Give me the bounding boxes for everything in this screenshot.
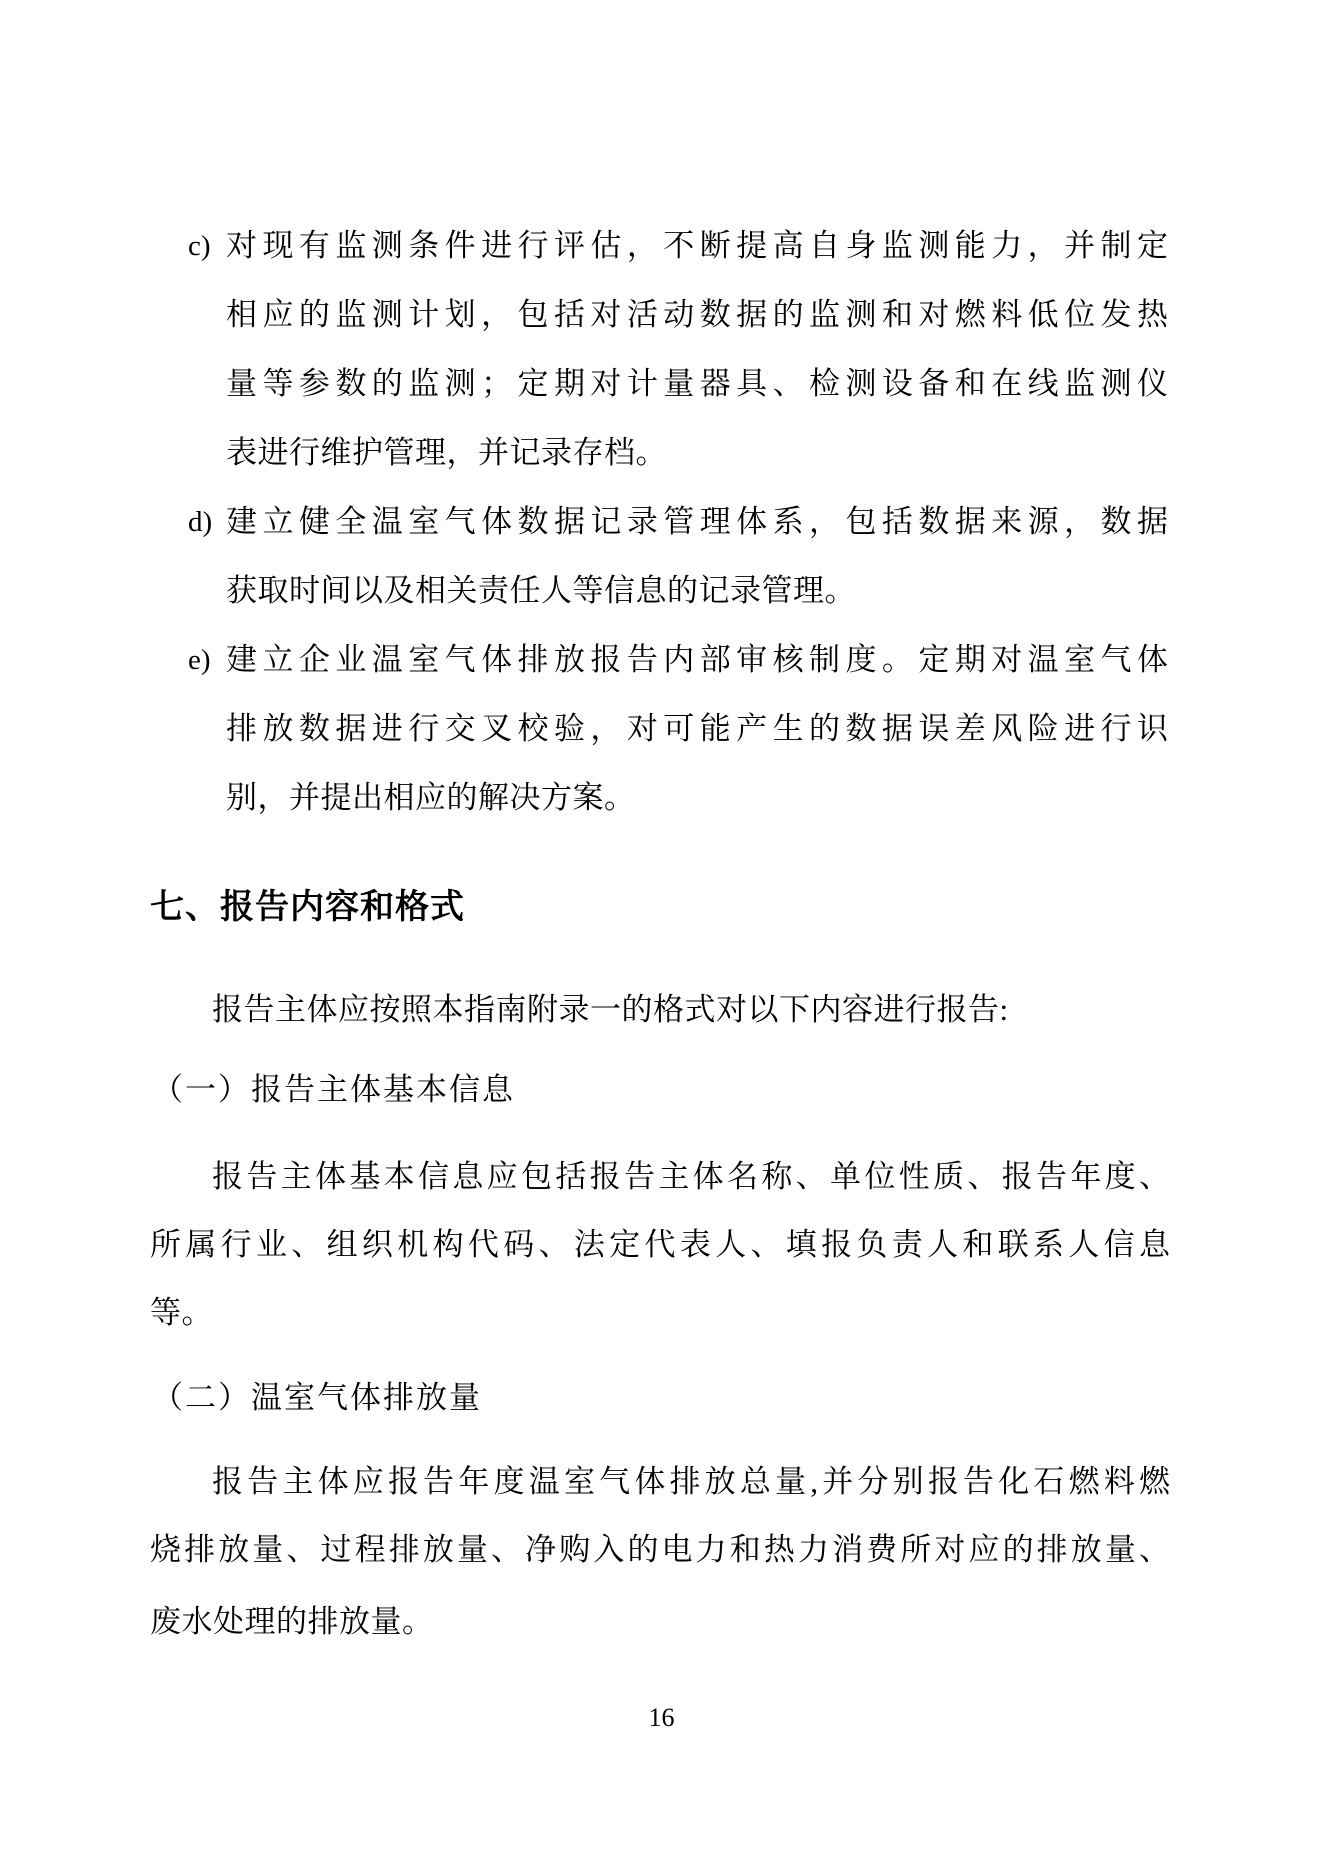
list-marker-c: c) (188, 226, 211, 266)
section-intro: 报告主体应按照本指南附录一的格式对以下内容进行报告: (150, 990, 1170, 1030)
list-item-c-line-3: 量等参数的监测；定期对计量器具、检测设备和在线监测仪 (226, 364, 1168, 404)
list-item-e-line-3: 别，并提出相应的解决方案。 (226, 778, 1168, 818)
subsection-2-heading: （二）温室气体排放量 (152, 1378, 482, 1418)
subsection-1-line-1: 报告主体基本信息应包括报告主体名称、单位性质、报告年度、 (150, 1157, 1170, 1197)
document-page: c) 对现有监测条件进行评估，不断提高自身监测能力，并制定 相应的监测计划，包括… (0, 0, 1323, 1871)
subsection-2-line-2: 烧排放量、过程排放量、净购入的电力和热力消费所对应的排放量、 (150, 1530, 1170, 1570)
list-item-c-line-4: 表进行维护管理，并记录存档。 (226, 433, 1168, 473)
list-item-e-line-1: 建立企业温室气体排放报告内部审核制度。定期对温室气体 (226, 640, 1168, 680)
page-number: 16 (0, 1702, 1323, 1734)
list-marker-d: d) (188, 502, 212, 542)
list-item-d-line-1: 建立健全温室气体数据记录管理体系，包括数据来源，数据 (226, 502, 1168, 542)
subsection-1-heading: （一）报告主体基本信息 (152, 1070, 515, 1110)
list-item-c-line-1: 对现有监测条件进行评估，不断提高自身监测能力，并制定 (226, 226, 1168, 266)
subsection-1-line-3: 等。 (150, 1293, 1170, 1333)
list-item-e-line-2: 排放数据进行交叉校验，对可能产生的数据误差风险进行识 (226, 709, 1168, 749)
section-heading: 七、报告内容和格式 (150, 886, 465, 928)
list-item-d-line-2: 获取时间以及相关责任人等信息的记录管理。 (226, 571, 1168, 611)
list-item-c-line-2: 相应的监测计划，包括对活动数据的监测和对燃料低位发热 (226, 295, 1168, 335)
subsection-2-line-3: 废水处理的排放量。 (150, 1602, 1170, 1642)
subsection-2-line-1: 报告主体应报告年度温室气体排放总量,并分别报告化石燃料燃 (150, 1462, 1170, 1502)
subsection-1-line-2: 所属行业、组织机构代码、法定代表人、填报负责人和联系人信息 (150, 1225, 1170, 1265)
list-marker-e: e) (188, 640, 211, 680)
